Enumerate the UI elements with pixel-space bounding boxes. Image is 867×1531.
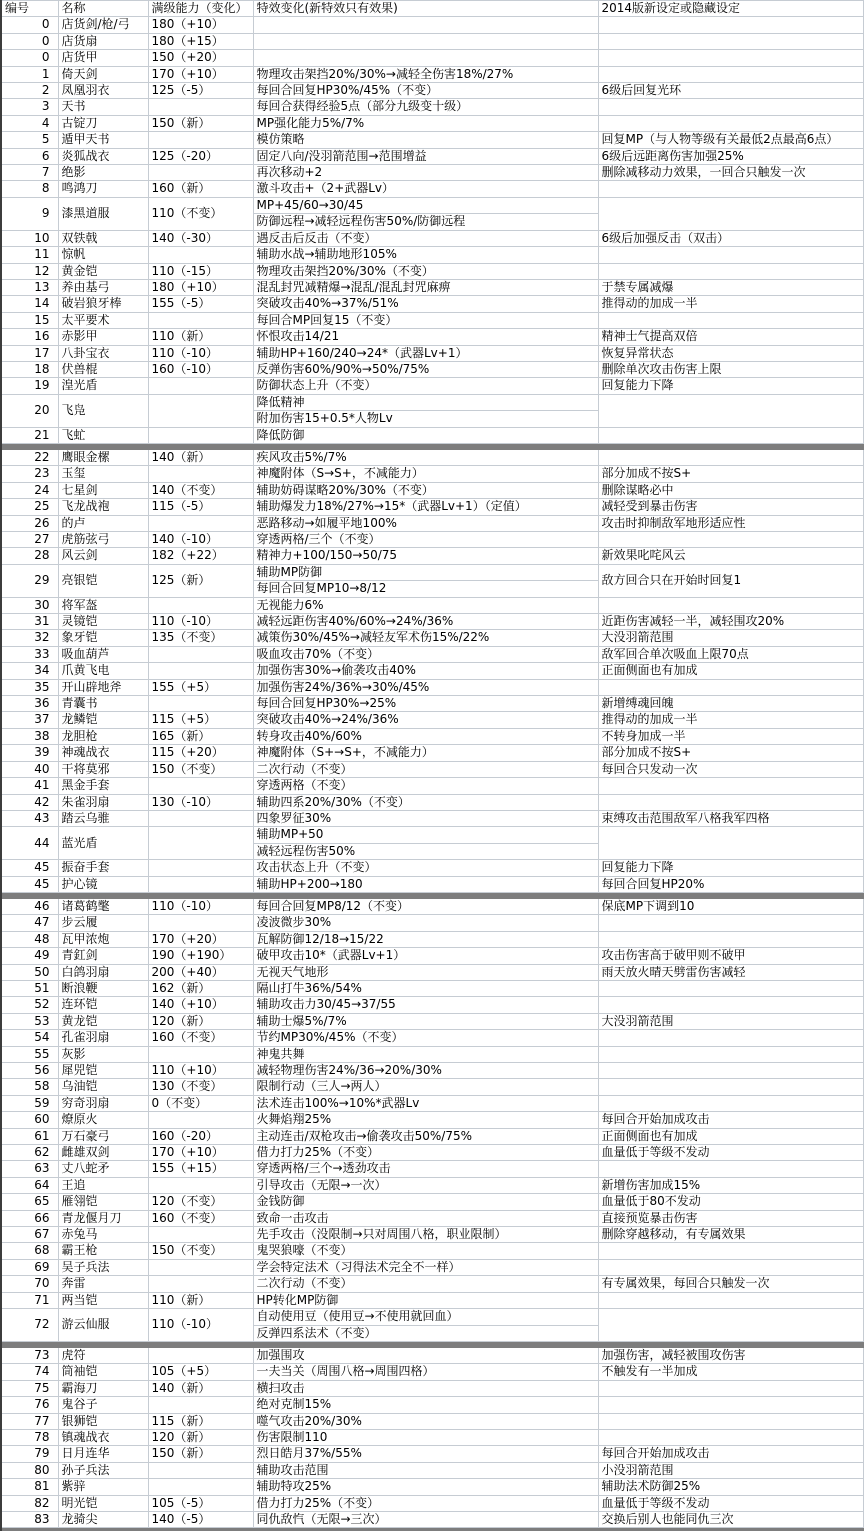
cell-ability[interactable]: 150（新）	[148, 1446, 253, 1462]
cell-ability[interactable]: 115（+5）	[148, 712, 253, 728]
cell-note[interactable]	[598, 247, 863, 263]
cell-ability[interactable]: 170（+10）	[148, 66, 253, 82]
cell-ability[interactable]: 110（-10）	[148, 1309, 253, 1342]
cell-ability[interactable]: 155（+5）	[148, 679, 253, 695]
cell-ability[interactable]	[148, 247, 253, 263]
cell-note[interactable]: 删除谋略必中	[598, 482, 863, 498]
cell-ability[interactable]	[148, 827, 253, 860]
cell-name[interactable]: 万石豪弓	[58, 1128, 148, 1144]
cell-name[interactable]: 象牙铠	[58, 630, 148, 646]
cell-ability[interactable]: 110（+10）	[148, 1063, 253, 1079]
cell-number[interactable]: 22	[1, 449, 58, 465]
cell-effect[interactable]: 转身攻击40%/60%	[253, 728, 598, 744]
cell-name[interactable]: 鹰眼金樏	[58, 449, 148, 465]
cell-number[interactable]: 36	[1, 696, 58, 712]
cell-number[interactable]: 37	[1, 712, 58, 728]
cell-ability[interactable]	[148, 394, 253, 427]
cell-ability[interactable]: 162（新）	[148, 980, 253, 996]
cell-note[interactable]	[598, 1259, 863, 1275]
cell-name[interactable]: 龙鳞铠	[58, 712, 148, 728]
cell-effect[interactable]	[253, 50, 598, 66]
cell-ability[interactable]	[148, 1177, 253, 1193]
cell-name[interactable]: 镇魂战衣	[58, 1429, 148, 1445]
cell-number[interactable]: 21	[1, 427, 58, 443]
cell-number[interactable]: 70	[1, 1276, 58, 1292]
cell-name[interactable]: 绝影	[58, 165, 148, 181]
cell-name[interactable]: 银狮铠	[58, 1413, 148, 1429]
cell-effect[interactable]: 一夫当关（周围八格→周围四格）	[253, 1364, 598, 1380]
cell-number[interactable]: 26	[1, 515, 58, 531]
cell-note[interactable]: 新增缚魂回魄	[598, 696, 863, 712]
cell-name[interactable]: 湟光盾	[58, 378, 148, 394]
cell-number[interactable]: 15	[1, 312, 58, 328]
cell-name[interactable]: 飞龙战袍	[58, 499, 148, 515]
cell-effect[interactable]: 神魔附体（S→S+，不减能力）	[253, 466, 598, 482]
cell-number[interactable]: 27	[1, 532, 58, 548]
cell-ability[interactable]: 182（+22）	[148, 548, 253, 564]
cell-effect[interactable]: 加强围攻	[253, 1347, 598, 1363]
cell-number[interactable]: 39	[1, 745, 58, 761]
cell-effect[interactable]: 每回合回复MP8/12（不变）	[253, 898, 598, 914]
cell-note[interactable]	[598, 1429, 863, 1445]
cell-ability[interactable]: 140（+10）	[148, 997, 253, 1013]
cell-effect[interactable]: 固定八向/没羽箭范围→范围增益	[253, 148, 598, 164]
cell-name[interactable]: 双铁戟	[58, 230, 148, 246]
cell-note[interactable]: 交换后别人也能同仇三次	[598, 1511, 863, 1527]
cell-note[interactable]: 减轻受到暴击伤害	[598, 499, 863, 515]
cell-note[interactable]: 血量低于等级不发动	[598, 1145, 863, 1161]
cell-note[interactable]: 束缚攻击范围敌军八格我军四格	[598, 810, 863, 826]
cell-number[interactable]: 11	[1, 247, 58, 263]
cell-name[interactable]: 太平要术	[58, 312, 148, 328]
cell-name[interactable]: 青龙偃月刀	[58, 1210, 148, 1226]
cell-note[interactable]	[598, 394, 863, 427]
cell-number[interactable]: 62	[1, 1145, 58, 1161]
cell-ability[interactable]: 160（不变）	[148, 1210, 253, 1226]
cell-effect[interactable]: MP+45/60→30/45	[253, 197, 598, 213]
cell-ability[interactable]	[148, 515, 253, 531]
cell-name[interactable]: 诸葛鹤氅	[58, 898, 148, 914]
cell-ability[interactable]	[148, 1259, 253, 1275]
cell-note[interactable]	[598, 99, 863, 115]
cell-ability[interactable]: 200（+40）	[148, 964, 253, 980]
cell-note[interactable]: 敌军回合单次吸血上限70点	[598, 646, 863, 662]
cell-number[interactable]: 9	[1, 197, 58, 230]
cell-number[interactable]: 50	[1, 964, 58, 980]
cell-name[interactable]: 日月连华	[58, 1446, 148, 1462]
cell-name[interactable]: 赤影甲	[58, 329, 148, 345]
cell-ability[interactable]	[148, 860, 253, 876]
cell-note[interactable]	[598, 427, 863, 443]
col-header-notes[interactable]: 2014版新设定或隐藏设定	[598, 1, 863, 17]
cell-number[interactable]: 3	[1, 99, 58, 115]
cell-name[interactable]: 天书	[58, 99, 148, 115]
cell-name[interactable]: 蓝光盾	[58, 827, 148, 860]
cell-note[interactable]	[598, 312, 863, 328]
cell-ability[interactable]	[148, 778, 253, 794]
cell-ability[interactable]: 105（-5）	[148, 1495, 253, 1511]
cell-ability[interactable]: 160（新）	[148, 181, 253, 197]
cell-note[interactable]	[598, 17, 863, 33]
cell-note[interactable]	[598, 997, 863, 1013]
cell-note[interactable]: 每回合只发动一次	[598, 761, 863, 777]
cell-note[interactable]: 新增伤害加成15%	[598, 1177, 863, 1193]
cell-effect[interactable]: 四象罗征30%	[253, 810, 598, 826]
cell-effect[interactable]: 辅助MP+50	[253, 827, 598, 843]
cell-name[interactable]: 穷奇羽扇	[58, 1095, 148, 1111]
cell-number[interactable]: 45	[1, 876, 58, 892]
cell-note[interactable]: 恢复异常状态	[598, 345, 863, 361]
cell-effect[interactable]: 物理攻击架挡20%/30%（不变）	[253, 263, 598, 279]
cell-note[interactable]: 大没羽箭范围	[598, 1013, 863, 1029]
cell-note[interactable]	[598, 827, 863, 860]
cell-ability[interactable]	[148, 1046, 253, 1062]
cell-effect[interactable]: 限制行动（三人→两人）	[253, 1079, 598, 1095]
cell-number[interactable]: 34	[1, 663, 58, 679]
cell-number[interactable]: 8	[1, 181, 58, 197]
cell-effect[interactable]: 穿透两格/三个（不变）	[253, 532, 598, 548]
cell-number[interactable]: 52	[1, 997, 58, 1013]
cell-number[interactable]: 1	[1, 66, 58, 82]
cell-name[interactable]: 振奋手套	[58, 860, 148, 876]
cell-ability[interactable]: 165（新）	[148, 728, 253, 744]
cell-note[interactable]: 于禁专属减爆	[598, 279, 863, 295]
cell-note[interactable]: 小没羽箭范围	[598, 1462, 863, 1478]
cell-number[interactable]: 17	[1, 345, 58, 361]
cell-number[interactable]: 81	[1, 1479, 58, 1495]
cell-name[interactable]: 黄金铠	[58, 263, 148, 279]
cell-note[interactable]	[598, 679, 863, 695]
cell-number[interactable]: 2	[1, 83, 58, 99]
cell-number[interactable]: 56	[1, 1063, 58, 1079]
cell-number[interactable]: 63	[1, 1161, 58, 1177]
cell-name[interactable]: 雌雄双剑	[58, 1145, 148, 1161]
cell-note[interactable]: 删除穿越移动，有专属效果	[598, 1227, 863, 1243]
cell-number[interactable]: 75	[1, 1380, 58, 1396]
cell-name[interactable]: 孔雀羽扇	[58, 1030, 148, 1046]
cell-effect[interactable]: 横扫攻击	[253, 1380, 598, 1396]
cell-note[interactable]	[598, 778, 863, 794]
cell-number[interactable]: 60	[1, 1112, 58, 1128]
cell-effect[interactable]: 精神力+100/150→50/75	[253, 548, 598, 564]
cell-number[interactable]: 59	[1, 1095, 58, 1111]
cell-effect[interactable]: MP强化能力5%/7%	[253, 115, 598, 131]
cell-ability[interactable]: 120（新）	[148, 1429, 253, 1445]
cell-name[interactable]: 青囊书	[58, 696, 148, 712]
cell-name[interactable]: 店货甲	[58, 50, 148, 66]
cell-ability[interactable]	[148, 378, 253, 394]
cell-name[interactable]: 玉玺	[58, 466, 148, 482]
cell-effect[interactable]: 减轻远程伤害50%	[253, 843, 598, 859]
cell-ability[interactable]: 150（不变）	[148, 761, 253, 777]
cell-effect[interactable]: 吸血攻击70%（不变）	[253, 646, 598, 662]
cell-ability[interactable]: 155（-5）	[148, 296, 253, 312]
cell-effect[interactable]: 辅助攻击范围	[253, 1462, 598, 1478]
cell-ability[interactable]: 190（+190）	[148, 948, 253, 964]
cell-number[interactable]: 66	[1, 1210, 58, 1226]
cell-note[interactable]: 保底MP下调到10	[598, 898, 863, 914]
cell-note[interactable]	[598, 1413, 863, 1429]
cell-number[interactable]: 41	[1, 778, 58, 794]
cell-effect[interactable]: 火舞焰翔25%	[253, 1112, 598, 1128]
cell-effect[interactable]: 绝对克制15%	[253, 1397, 598, 1413]
cell-name[interactable]: 破岩狼牙棒	[58, 296, 148, 312]
cell-effect[interactable]: 模仿策略	[253, 132, 598, 148]
cell-effect[interactable]: 同仇敌忾（无限→三次）	[253, 1511, 598, 1527]
cell-number[interactable]: 31	[1, 614, 58, 630]
cell-note[interactable]: 删除减移动力效果，一回合只触发一次	[598, 165, 863, 181]
cell-effect[interactable]: 借力打力25%（不变）	[253, 1145, 598, 1161]
cell-note[interactable]: 正面侧面也有加成	[598, 663, 863, 679]
cell-name[interactable]: 神魂战衣	[58, 745, 148, 761]
cell-ability[interactable]: 150（新）	[148, 115, 253, 131]
cell-name[interactable]: 筒袖铠	[58, 1364, 148, 1380]
cell-ability[interactable]	[148, 1227, 253, 1243]
cell-effect[interactable]: 隔山打牛36%/54%	[253, 980, 598, 996]
cell-name[interactable]: 黑金手套	[58, 778, 148, 794]
cell-ability[interactable]: 110（不变）	[148, 197, 253, 230]
cell-note[interactable]: 血量低于80不发动	[598, 1194, 863, 1210]
cell-ability[interactable]	[148, 597, 253, 613]
cell-name[interactable]: 古锭刀	[58, 115, 148, 131]
cell-effect[interactable]: 恶路移动→如履平地100%	[253, 515, 598, 531]
cell-number[interactable]: 69	[1, 1259, 58, 1275]
cell-ability[interactable]: 140（-30）	[148, 230, 253, 246]
cell-ability[interactable]: 110（新）	[148, 1292, 253, 1308]
cell-number[interactable]: 71	[1, 1292, 58, 1308]
cell-number[interactable]: 0	[1, 50, 58, 66]
cell-effect[interactable]: 降低精神	[253, 394, 598, 410]
cell-note[interactable]: 辅助法术防御25%	[598, 1479, 863, 1495]
cell-effect[interactable]: 烈日皓月37%/55%	[253, 1446, 598, 1462]
cell-effect[interactable]	[253, 33, 598, 49]
cell-note[interactable]	[598, 794, 863, 810]
cell-name[interactable]: 凤凰羽衣	[58, 83, 148, 99]
col-header-name[interactable]: 名称	[58, 1, 148, 17]
cell-name[interactable]: 飞虻	[58, 427, 148, 443]
cell-name[interactable]: 飞凫	[58, 394, 148, 427]
cell-effect[interactable]: 法术连击100%→10%*武器Lv	[253, 1095, 598, 1111]
cell-effect[interactable]: 突破攻击40%→37%/51%	[253, 296, 598, 312]
cell-name[interactable]: 虎符	[58, 1347, 148, 1363]
cell-name[interactable]: 霸王枪	[58, 1243, 148, 1259]
cell-note[interactable]: 不触发有一半加成	[598, 1364, 863, 1380]
cell-effect[interactable]: 突破攻击40%→24%/36%	[253, 712, 598, 728]
cell-note[interactable]: 敌方回合只在开始时回复1	[598, 564, 863, 597]
cell-effect[interactable]: 减策伤30%/45%→减轻友军术伤15%/22%	[253, 630, 598, 646]
cell-name[interactable]: 遁甲天书	[58, 132, 148, 148]
cell-effect[interactable]: 二次行动（不变）	[253, 1276, 598, 1292]
cell-number[interactable]: 46	[1, 898, 58, 914]
cell-number[interactable]: 40	[1, 761, 58, 777]
cell-number[interactable]: 54	[1, 1030, 58, 1046]
cell-note[interactable]: 每回合回复HP20%	[598, 876, 863, 892]
cell-number[interactable]: 12	[1, 263, 58, 279]
cell-number[interactable]: 77	[1, 1413, 58, 1429]
cell-effect[interactable]: 辅助特攻25%	[253, 1479, 598, 1495]
cell-note[interactable]	[598, 1030, 863, 1046]
cell-ability[interactable]	[148, 876, 253, 892]
cell-effect[interactable]: 无视能力6%	[253, 597, 598, 613]
cell-name[interactable]: 连环铠	[58, 997, 148, 1013]
cell-name[interactable]: 干将莫邪	[58, 761, 148, 777]
cell-effect[interactable]: 凌波微步30%	[253, 915, 598, 931]
cell-effect[interactable]: 借力打力25%（不变）	[253, 1495, 598, 1511]
cell-effect[interactable]: 减轻物理伤害24%/36→20%/30%	[253, 1063, 598, 1079]
cell-number[interactable]: 58	[1, 1079, 58, 1095]
cell-ability[interactable]: 125（-20）	[148, 148, 253, 164]
cell-effect[interactable]: 加强伤害30%→偷袭攻击40%	[253, 663, 598, 679]
cell-number[interactable]: 72	[1, 1309, 58, 1342]
cell-note[interactable]: 正面侧面也有加成	[598, 1128, 863, 1144]
cell-name[interactable]: 七星剑	[58, 482, 148, 498]
cell-name[interactable]: 明光铠	[58, 1495, 148, 1511]
cell-number[interactable]: 19	[1, 378, 58, 394]
cell-ability[interactable]	[148, 663, 253, 679]
cell-effect[interactable]: 每回合回复MP10→8/12	[253, 581, 598, 597]
cell-number[interactable]: 48	[1, 931, 58, 947]
cell-name[interactable]: 伏兽棍	[58, 361, 148, 377]
cell-name[interactable]: 吴子兵法	[58, 1259, 148, 1275]
cell-note[interactable]: 6级后远距离伤害加强25%	[598, 148, 863, 164]
cell-effect[interactable]: 自动使用豆（使用豆→不使用就回血）	[253, 1309, 598, 1325]
cell-effect[interactable]: 神魔附体（S+→S+，不减能力）	[253, 745, 598, 761]
cell-ability[interactable]: 125（-5）	[148, 83, 253, 99]
cell-name[interactable]: 店货剑/枪/弓	[58, 17, 148, 33]
cell-number[interactable]: 67	[1, 1227, 58, 1243]
cell-name[interactable]: 龙骑尖	[58, 1511, 148, 1527]
cell-note[interactable]	[598, 1309, 863, 1342]
cell-note[interactable]	[598, 1161, 863, 1177]
cell-note[interactable]	[598, 597, 863, 613]
cell-note[interactable]	[598, 263, 863, 279]
cell-name[interactable]: 八卦宝衣	[58, 345, 148, 361]
cell-name[interactable]: 鬼谷子	[58, 1397, 148, 1413]
cell-ability[interactable]	[148, 427, 253, 443]
cell-ability[interactable]: 115（新）	[148, 1413, 253, 1429]
cell-ability[interactable]: 135（不变）	[148, 630, 253, 646]
cell-ability[interactable]: 140（不变）	[148, 482, 253, 498]
cell-note[interactable]	[598, 980, 863, 996]
cell-number[interactable]: 80	[1, 1462, 58, 1478]
cell-ability[interactable]: 170（+10）	[148, 1145, 253, 1161]
cell-name[interactable]: 灰影	[58, 1046, 148, 1062]
cell-ability[interactable]: 150（不变）	[148, 1243, 253, 1259]
cell-ability[interactable]	[148, 1479, 253, 1495]
cell-number[interactable]: 64	[1, 1177, 58, 1193]
cell-number[interactable]: 30	[1, 597, 58, 613]
cell-number[interactable]: 38	[1, 728, 58, 744]
cell-number[interactable]: 45	[1, 860, 58, 876]
cell-ability[interactable]: 115（-5）	[148, 499, 253, 515]
cell-note[interactable]: 有专属效果，每回合只触发一次	[598, 1276, 863, 1292]
cell-effect[interactable]: 破甲攻击10*（武器Lv+1）	[253, 948, 598, 964]
cell-number[interactable]: 33	[1, 646, 58, 662]
cell-name[interactable]: 霸海刀	[58, 1380, 148, 1396]
cell-note[interactable]	[598, 1063, 863, 1079]
cell-note[interactable]	[598, 50, 863, 66]
cell-name[interactable]: 燎原火	[58, 1112, 148, 1128]
cell-note[interactable]: 不转身加成一半	[598, 728, 863, 744]
cell-effect[interactable]: 神鬼共舞	[253, 1046, 598, 1062]
cell-number[interactable]: 23	[1, 466, 58, 482]
cell-note[interactable]	[598, 181, 863, 197]
cell-note[interactable]	[598, 197, 863, 230]
cell-effect[interactable]: 节约MP30%/45%（不变）	[253, 1030, 598, 1046]
cell-note[interactable]: 部分加成不按S+	[598, 745, 863, 761]
cell-note[interactable]	[598, 33, 863, 49]
cell-ability[interactable]: 110（-10）	[148, 898, 253, 914]
cell-name[interactable]: 爪黄飞电	[58, 663, 148, 679]
cell-effect[interactable]: 引导攻击（无限→一次）	[253, 1177, 598, 1193]
cell-note[interactable]: 回复MP（与人物等级有关最低2点最高6点）	[598, 132, 863, 148]
cell-number[interactable]: 6	[1, 148, 58, 164]
cell-name[interactable]: 步云履	[58, 915, 148, 931]
cell-name[interactable]: 亮银铠	[58, 564, 148, 597]
cell-effect[interactable]: HP转化MP防御	[253, 1292, 598, 1308]
cell-number[interactable]: 43	[1, 810, 58, 826]
cell-number[interactable]: 47	[1, 915, 58, 931]
cell-note[interactable]: 加强伤害，减轻被围攻伤害	[598, 1347, 863, 1363]
cell-name[interactable]: 将军盔	[58, 597, 148, 613]
cell-ability[interactable]: 180（+15）	[148, 33, 253, 49]
cell-effect[interactable]: 攻击状态上升（不变）	[253, 860, 598, 876]
cell-name[interactable]: 吸血葫芦	[58, 646, 148, 662]
cell-number[interactable]: 29	[1, 564, 58, 597]
cell-name[interactable]: 丈八蛇矛	[58, 1161, 148, 1177]
cell-note[interactable]: 回复能力下降	[598, 860, 863, 876]
cell-name[interactable]: 惊帆	[58, 247, 148, 263]
cell-note[interactable]	[598, 1079, 863, 1095]
cell-note[interactable]	[598, 1292, 863, 1308]
cell-note[interactable]: 新效果叱咤风云	[598, 548, 863, 564]
cell-number[interactable]: 61	[1, 1128, 58, 1144]
cell-name[interactable]: 黄龙铠	[58, 1013, 148, 1029]
cell-note[interactable]: 回复能力下降	[598, 378, 863, 394]
cell-number[interactable]: 14	[1, 296, 58, 312]
cell-number[interactable]: 82	[1, 1495, 58, 1511]
cell-ability[interactable]	[148, 165, 253, 181]
cell-name[interactable]: 踏云乌骓	[58, 810, 148, 826]
cell-name[interactable]: 漆黑道服	[58, 197, 148, 230]
cell-name[interactable]: 游云仙服	[58, 1309, 148, 1342]
cell-name[interactable]: 乌油铠	[58, 1079, 148, 1095]
cell-name[interactable]: 王追	[58, 1177, 148, 1193]
cell-effect[interactable]: 主动连击/双枪攻击→偷袭攻击50%/75%	[253, 1128, 598, 1144]
cell-effect[interactable]: 辅助爆发力18%/27%→15*（武器Lv+1）（定值）	[253, 499, 598, 515]
cell-number[interactable]: 73	[1, 1347, 58, 1363]
cell-effect[interactable]: 降低防御	[253, 427, 598, 443]
cell-number[interactable]: 7	[1, 165, 58, 181]
cell-note[interactable]	[598, 449, 863, 465]
cell-effect[interactable]: 辅助攻击力30/45→37/55	[253, 997, 598, 1013]
cell-note[interactable]: 每回合开始加成攻击	[598, 1112, 863, 1128]
cell-number[interactable]: 5	[1, 132, 58, 148]
cell-ability[interactable]: 125（新）	[148, 564, 253, 597]
cell-ability[interactable]	[148, 1397, 253, 1413]
cell-effect[interactable]: 学会特定法术（习得法术完全不一样）	[253, 1259, 598, 1275]
cell-number[interactable]: 20	[1, 394, 58, 427]
cell-effect[interactable]: 穿透两格（不变）	[253, 778, 598, 794]
cell-name[interactable]: 养由基弓	[58, 279, 148, 295]
cell-number[interactable]: 78	[1, 1429, 58, 1445]
cell-effect[interactable]: 激斗攻击+（2+武器Lv）	[253, 181, 598, 197]
cell-ability[interactable]	[148, 915, 253, 931]
cell-ability[interactable]	[148, 1276, 253, 1292]
col-header-effects[interactable]: 特效变化(新特效只有效果)	[253, 1, 598, 17]
cell-effect[interactable]: 怀恨攻击14/21	[253, 329, 598, 345]
cell-note[interactable]	[598, 931, 863, 947]
